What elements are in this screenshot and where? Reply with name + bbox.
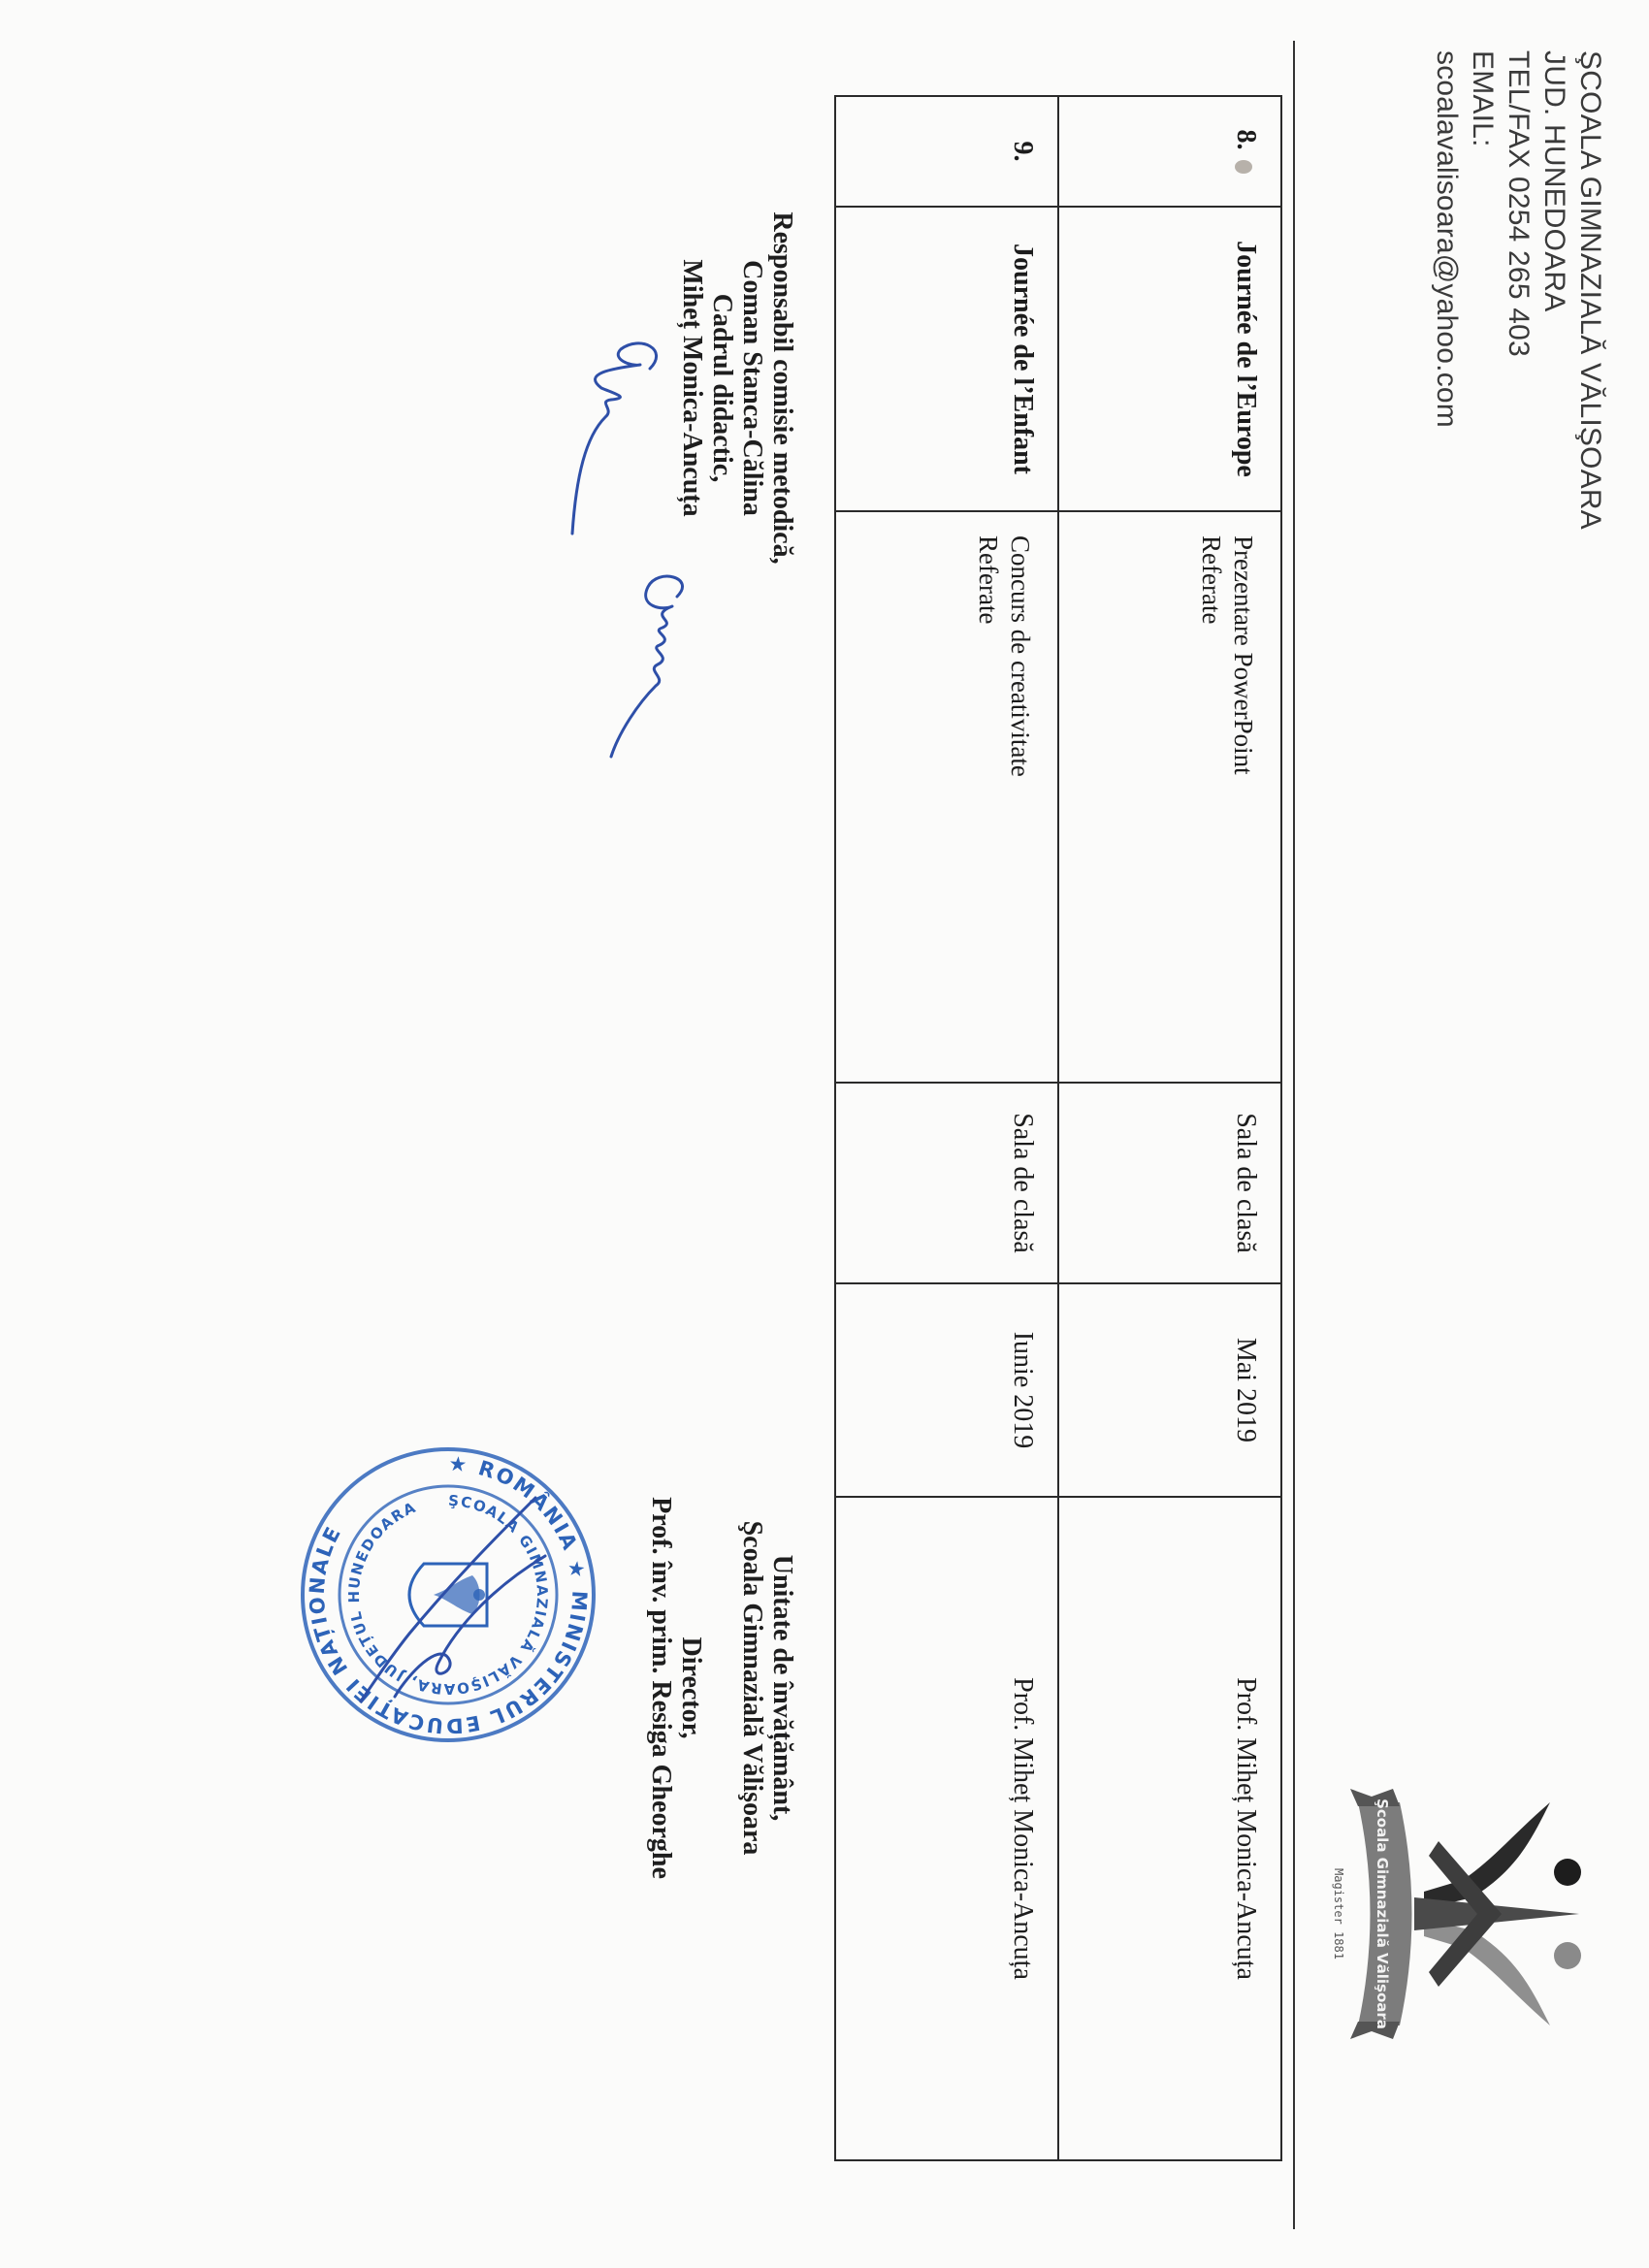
cell-nr: 9. <box>835 96 1058 207</box>
smudge-mark <box>1235 160 1252 174</box>
header-divider <box>1293 41 1295 2229</box>
cell-responsible: Prof. Miheț Monica-Ancuța <box>1058 1497 1281 2160</box>
sig-role: Director, <box>676 1397 706 1979</box>
school-director-signature: Unitate de învățământ, Şcoala Gimnazială… <box>646 1397 797 1979</box>
logo-icon: Şcoala Gimnazială Vălişoara Magister 188… <box>1327 1783 1608 2045</box>
cell-place: Sala de clasă <box>1058 1083 1281 1283</box>
svg-text:Magister 1881: Magister 1881 <box>1332 1868 1345 1960</box>
sig-name: Coman Stanca-Călina <box>737 146 767 631</box>
sig-role: Responsabil comisie metodică, <box>767 146 797 631</box>
table-row: 9. Journée de l’Enfant Concurs de creati… <box>835 96 1058 2160</box>
official-stamp: ★ ROMÂNIA ★ MINISTERUL EDUCAȚIEI NAȚIONA… <box>293 1440 603 1750</box>
school-name: ŞCOALA GIMNAZIALĂ VĂLIŞOARA <box>1572 50 1608 530</box>
phone: TEL/FAX 0254 265 403 <box>1501 50 1536 530</box>
table-row: 8. Journée de l’Europe Prezentare PowerP… <box>1058 96 1281 2160</box>
activities-table: 8. Journée de l’Europe Prezentare PowerP… <box>834 95 1282 2161</box>
sig-role: Cadrul didactic, <box>707 146 737 631</box>
email: scoalavalisoara@yahoo.com <box>1429 50 1465 530</box>
school-logo: Şcoala Gimnazială Vălişoara Magister 188… <box>1327 1783 1608 2045</box>
cell-type: Prezentare PowerPoint Referate <box>1058 511 1281 1083</box>
county: JUD. HUNEDOARA <box>1536 50 1572 530</box>
document-page: ŞCOALA GIMNAZIALĂ VĂLIŞOARA JUD. HUNEDOA… <box>0 0 1649 2268</box>
cell-place: Sala de clasă <box>835 1083 1058 1283</box>
cell-date: Iunie 2019 <box>835 1283 1058 1497</box>
handwritten-signature-coman <box>599 567 716 761</box>
email-label: EMAIL: <box>1465 50 1501 530</box>
sig-name: Miheț Monica-Ancuța <box>677 146 707 631</box>
sig-institution: Şcoala Gimnazială Vălişoara <box>737 1397 767 1979</box>
methodical-committee-signature: Responsabil comisie metodică, Coman Stan… <box>677 146 797 631</box>
handwritten-signature-mihet <box>563 330 669 543</box>
svg-text:Şcoala Gimnazială Vălişoara: Şcoala Gimnazială Vălişoara <box>1374 1798 1391 2029</box>
sig-institution-label: Unitate de învățământ, <box>767 1397 797 1979</box>
cell-nr: 8. <box>1058 96 1281 207</box>
cell-type: Concurs de creativitate Referate <box>835 511 1058 1083</box>
school-header: ŞCOALA GIMNAZIALĂ VĂLIŞOARA JUD. HUNEDOA… <box>1429 50 1608 530</box>
cell-activity: Journée de l’Enfant <box>835 207 1058 511</box>
cell-date: Mai 2019 <box>1058 1283 1281 1497</box>
cell-activity: Journée de l’Europe <box>1058 207 1281 511</box>
sig-name: Prof. înv. prim. Resiga Gheorghe <box>646 1397 676 1979</box>
cell-responsible: Prof. Miheț Monica-Ancuța <box>835 1497 1058 2160</box>
stamp-icon: ★ ROMÂNIA ★ MINISTERUL EDUCAȚIEI NAȚIONA… <box>293 1440 603 1750</box>
